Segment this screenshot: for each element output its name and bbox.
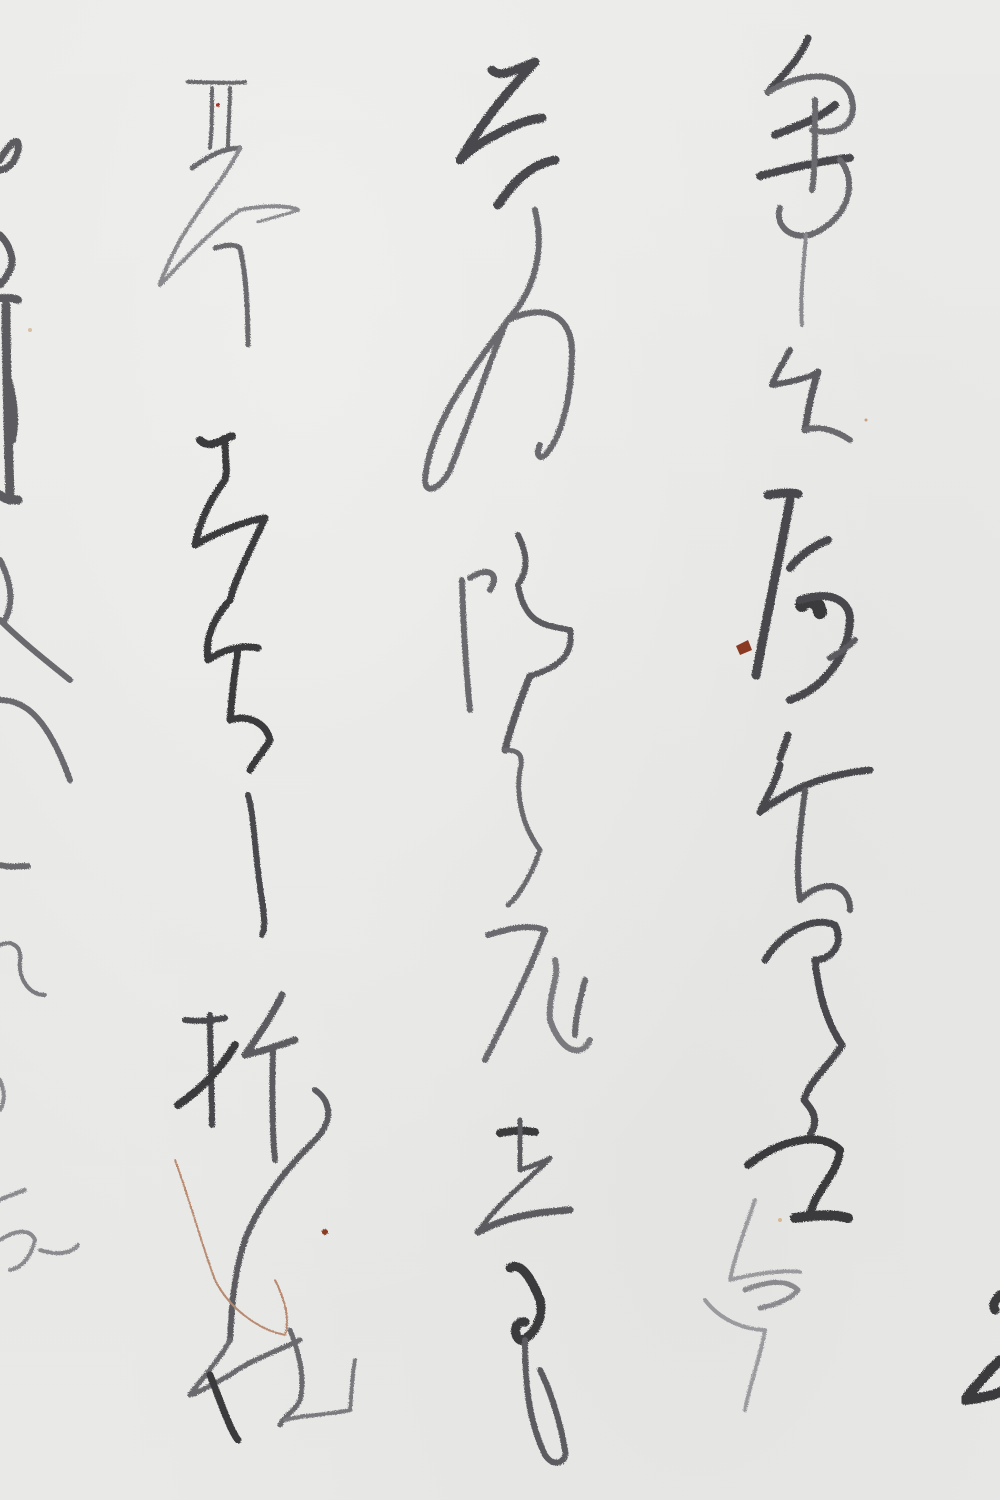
- left-center-column: [160, 82, 355, 1440]
- far-right-fragment: [965, 1295, 1000, 1400]
- far-left-column: [0, 141, 78, 1270]
- center-column: [425, 62, 590, 1463]
- paper-specks: [28, 328, 868, 1222]
- stain-spot: [322, 1229, 328, 1235]
- red-mark: [216, 103, 220, 107]
- calligraphy-strokes: [0, 0, 1000, 1500]
- calligraphy-photo: Japanese cursive calligraphy (sosho / ka…: [0, 0, 1000, 1500]
- right-column: [705, 38, 870, 1410]
